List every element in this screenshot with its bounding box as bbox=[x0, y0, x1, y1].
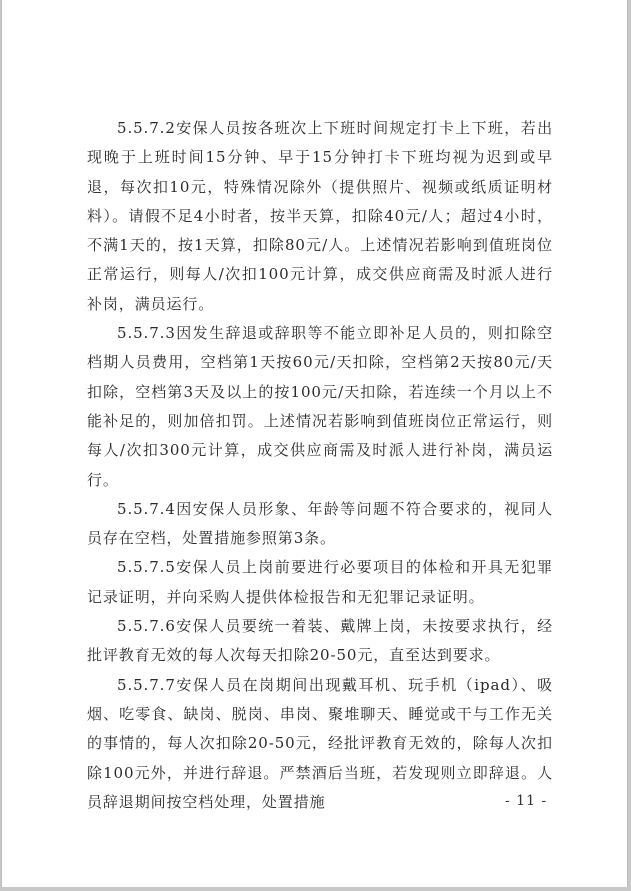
page-number: - 11 - bbox=[505, 793, 547, 809]
clause-5-5-7-3: 5.5.7.3因发生辞退或辞职等不能立即补足人员的，则扣除空档期人员费用，空档第… bbox=[87, 319, 553, 495]
clause-5-5-7-2: 5.5.7.2安保人员按各班次上下班时间规定打卡上下班，若出现晚于上班时间15分… bbox=[87, 114, 553, 319]
clause-5-5-7-4: 5.5.7.4因安保人员形象、年龄等问题不符合要求的，视同人员存在空档，处置措施… bbox=[87, 495, 553, 554]
body-text: 5.5.7.2安保人员按各班次上下班时间规定打卡上下班，若出现晚于上班时间15分… bbox=[87, 114, 553, 817]
document-page: 5.5.7.2安保人员按各班次上下班时间规定打卡上下班，若出现晚于上班时间15分… bbox=[1, 0, 628, 887]
clause-5-5-7-6: 5.5.7.6安保人员要统一着装、戴牌上岗，未按要求执行，经批评教育无效的每人次… bbox=[87, 612, 553, 671]
clause-5-5-7-5: 5.5.7.5安保人员上岗前要进行必要项目的体检和开具无犯罪记录证明，并向采购人… bbox=[87, 553, 553, 612]
clause-5-5-7-7: 5.5.7.7安保人员在岗期间出现戴耳机、玩手机（ipad）、吸烟、吃零食、缺岗… bbox=[87, 671, 553, 817]
